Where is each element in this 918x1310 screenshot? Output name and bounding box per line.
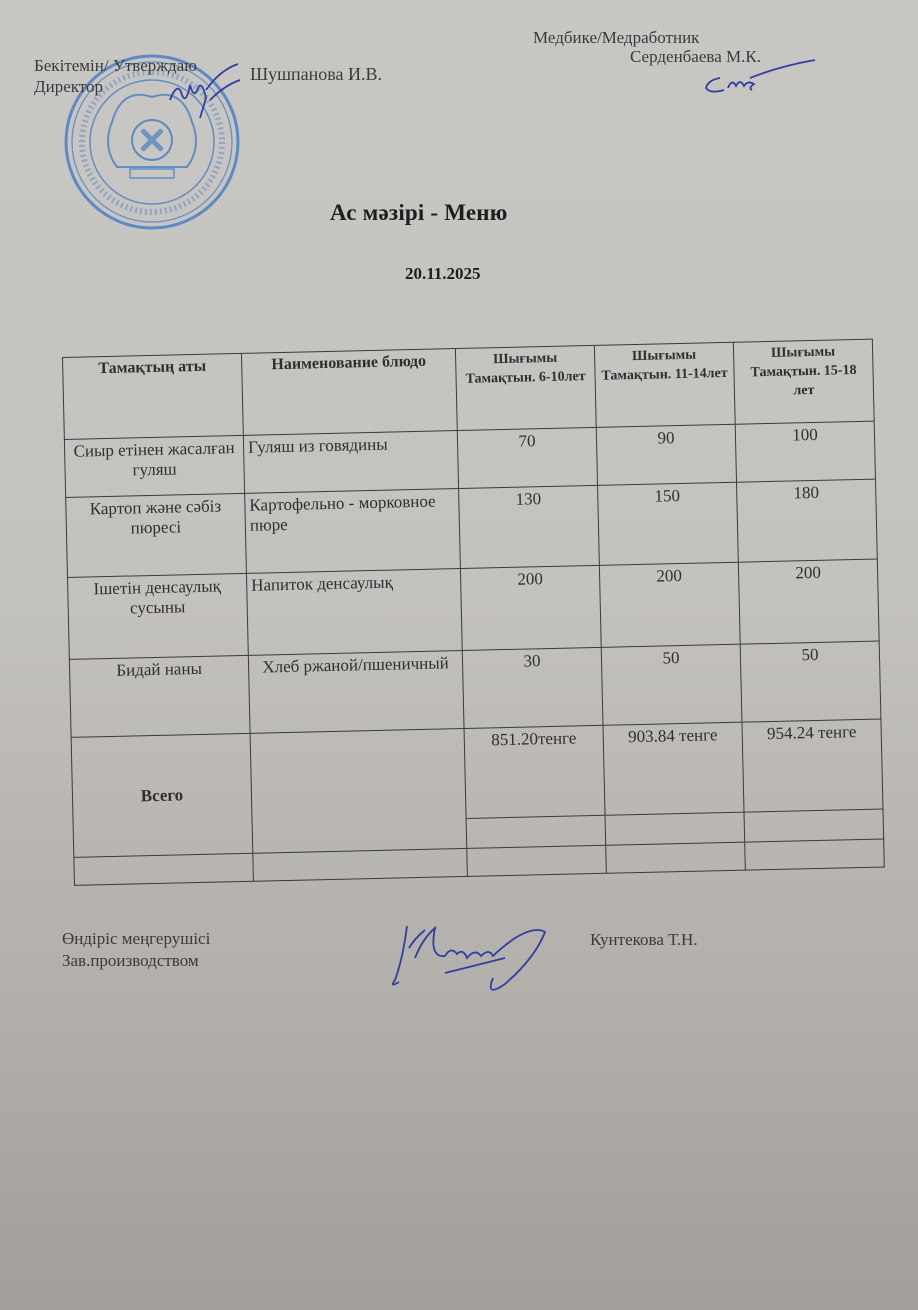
dish-name-ru: Хлеб ржаной/пшеничный bbox=[248, 650, 464, 733]
director-label: Директор bbox=[34, 76, 197, 97]
approval-block: Бекітемін/ Утверждаю Директор bbox=[34, 55, 197, 97]
empty-cell bbox=[467, 845, 607, 876]
empty-cell bbox=[745, 839, 885, 870]
total-6-10: 851.20тенге bbox=[464, 725, 605, 818]
portion-11-14: 50 bbox=[601, 644, 742, 725]
menu-date: 20.11.2025 bbox=[405, 264, 481, 284]
header-dish-name-kz: Тамақтың аты bbox=[63, 353, 244, 439]
empty-cell bbox=[466, 815, 606, 848]
dish-name-ru: Картофельно - морковное пюре bbox=[245, 489, 461, 574]
empty-cell bbox=[744, 809, 884, 842]
dish-name-ru: Напиток денсаулық bbox=[246, 569, 462, 656]
empty-cell bbox=[253, 848, 468, 881]
portion-6-10: 70 bbox=[457, 427, 597, 488]
medic-label: Медбике/Медработник bbox=[533, 28, 699, 48]
total-15-18: 954.24 тенге bbox=[742, 719, 883, 812]
total-11-14: 903.84 тенге bbox=[603, 722, 744, 815]
portion-6-10: 200 bbox=[460, 565, 601, 650]
empty-cell bbox=[606, 842, 746, 873]
dish-name-kz: Сиыр етінен жасалған гуляш bbox=[64, 435, 244, 497]
dish-name-ru: Гуляш из говядины bbox=[243, 431, 458, 494]
page-title: Ас мәзірі - Меню bbox=[330, 200, 508, 226]
menu-table: Тамақтың аты Наименование блюдо Шығымы Т… bbox=[62, 339, 885, 886]
header-age-6-10: Шығымы Тамақтын. 6-10лет bbox=[455, 345, 596, 430]
total-label: Всего bbox=[71, 733, 253, 857]
portion-15-18: 100 bbox=[735, 421, 875, 482]
portion-15-18: 50 bbox=[740, 641, 881, 722]
portion-6-10: 30 bbox=[462, 647, 603, 728]
header-age-15-18: Шығымы Тамақтын. 15-18 лет bbox=[733, 339, 874, 424]
dish-name-kz: Картоп және сәбіз пюресі bbox=[66, 493, 247, 577]
dish-name-kz: Бидай наны bbox=[69, 655, 250, 737]
portion-6-10: 130 bbox=[459, 485, 600, 568]
portion-15-18: 180 bbox=[737, 479, 878, 562]
header-age-11-14: Шығымы Тамақтын. 11-14лет bbox=[594, 342, 735, 427]
empty-cell bbox=[605, 812, 745, 845]
portion-15-18: 200 bbox=[738, 559, 879, 644]
dish-name-kz: Ішетін денсаулық сусыны bbox=[68, 573, 249, 659]
approve-label: Бекітемін/ Утверждаю bbox=[34, 55, 197, 76]
production-manager-label-ru: Зав.производством bbox=[62, 950, 210, 972]
empty-cell bbox=[74, 853, 254, 885]
header-dish-name-ru: Наименование блюдо bbox=[241, 349, 457, 436]
production-manager-block: Өндіріс меңгерушісі Зав.производством bbox=[62, 928, 210, 972]
total-empty-cell bbox=[250, 728, 467, 853]
portion-11-14: 150 bbox=[598, 482, 739, 565]
menu-document: Бекітемін/ Утверждаю Директор Шушпанова … bbox=[0, 0, 918, 1310]
portion-11-14: 90 bbox=[596, 424, 736, 485]
director-name: Шушпанова И.В. bbox=[250, 64, 382, 85]
production-manager-name: Кунтекова Т.Н. bbox=[590, 930, 698, 950]
portion-11-14: 200 bbox=[599, 562, 740, 647]
production-manager-signature-icon bbox=[385, 918, 555, 998]
production-manager-label-kz: Өндіріс меңгерушісі bbox=[62, 928, 210, 950]
medic-signature-icon bbox=[690, 48, 820, 98]
